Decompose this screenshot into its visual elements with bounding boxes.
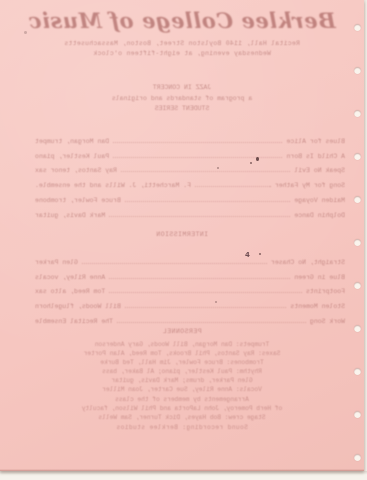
- program-row: Blues for AliceDan Morgan, trumpet: [35, 130, 345, 145]
- program-performer: Ray Santos, tenor sax: [35, 167, 117, 174]
- program-title-block: JAZZ IN CONCERT a program of standards a…: [0, 83, 364, 115]
- program-performer: The Recital Ensemble: [35, 318, 113, 325]
- program-row: FootprintsTom Reed, alto sax: [35, 281, 345, 296]
- program-performer: Bill Woods, flugelhorn: [35, 303, 121, 310]
- program-piece-title: Maiden Voyage: [294, 197, 345, 204]
- personnel-line: Trumpets: Dan Morgan, Bill Woods, Gary A…: [0, 340, 364, 349]
- program-row: Stolen MomentsBill Woods, flugelhorn: [35, 295, 345, 310]
- personnel-line: Glen Parker, drums; Mark Davis, guitar: [0, 376, 364, 385]
- personnel-line: Arrangements by members of the class: [0, 395, 364, 404]
- mirrored-showthrough-layer: Berklee College of Music Recital Hall, 1…: [0, 0, 364, 471]
- date-line: Wednesday evening, at eight-fifteen o'cl…: [0, 50, 364, 57]
- program-performer: Glen Parker: [35, 259, 78, 266]
- program-row: Dolphin DanceMark Davis, guitar: [35, 204, 345, 219]
- program-title-line1: JAZZ IN CONCERT: [0, 83, 364, 94]
- punch-hole: [354, 239, 361, 246]
- punch-hole: [354, 24, 361, 31]
- ink-speck: [250, 162, 252, 164]
- personnel-line: Saxes: Ray Santos, Phil Brooks, Tom Reed…: [0, 349, 364, 358]
- punch-hole: [354, 282, 361, 289]
- program-row: Maiden VoyageBruce Fowler, trombone: [35, 189, 345, 204]
- program-list-part1: Blues for AliceDan Morgan, trumpetA Chil…: [35, 130, 345, 219]
- program-piece-title: Speak No Evil: [294, 167, 345, 174]
- dotted-leader: [113, 142, 282, 143]
- ink-speck: [217, 167, 219, 169]
- program-performer: Anne Riley, vocals: [35, 274, 105, 281]
- program-row: A Child Is BornPaul Kestler, piano: [35, 145, 345, 160]
- punch-hole: [354, 196, 361, 203]
- personnel-line: Vocals: Anne Riley, Sue Carter, Joan Mil…: [0, 385, 364, 394]
- program-piece-title: Work Song: [310, 318, 345, 325]
- punch-hole: [354, 153, 361, 160]
- program-list-part2: Straight, No ChaserGlen ParkerBlue in Gr…: [35, 251, 345, 325]
- program-piece-title: Blues for Alice: [286, 138, 345, 145]
- dotted-leader: [117, 322, 306, 323]
- address-line: Recital Hall, 1140 Boylston Street, Bost…: [0, 40, 364, 47]
- program-performer: Dan Morgan, trumpet: [35, 138, 109, 145]
- personnel-closing-line: Sound recording: Berklee studios: [0, 424, 364, 431]
- program-piece-title: Footprints: [306, 288, 345, 295]
- pen-mark: 4: [245, 251, 250, 259]
- personnel-line: Rhythm: Paul Kestler, piano; Al Baker, b…: [0, 367, 364, 376]
- dotted-leader: [82, 263, 267, 264]
- dotted-leader: [125, 307, 287, 308]
- punch-hole: [354, 110, 361, 117]
- scanned-page: Berklee College of Music Recital Hall, 1…: [0, 0, 367, 480]
- program-performer: Paul Kestler, piano: [35, 153, 109, 160]
- personnel-line: of Herb Pomeroy, John LaPorta and Phil W…: [0, 404, 364, 413]
- program-piece-title: A Child Is Born: [286, 153, 345, 160]
- program-row: Straight, No ChaserGlen Parker: [35, 251, 345, 266]
- program-performer: Tom Reed, alto sax: [35, 288, 105, 295]
- program-row: Song for My FatherF. Marchetti, J. Wills…: [35, 174, 345, 189]
- program-performer: F. Marchetti, J. Wills and the ensemble.: [35, 182, 191, 189]
- personnel-line: Trombones: Bruce Fowler, Jim Hall, Ted B…: [0, 358, 364, 367]
- program-piece-title: Song for My Father: [275, 182, 345, 189]
- program-row: Blue in GreenAnne Riley, vocals: [35, 266, 345, 281]
- personnel-heading: PERSONNEL: [0, 328, 364, 335]
- program-piece-title: Dolphin Dance: [294, 212, 345, 219]
- program-row: Speak No EvilRay Santos, tenor sax: [35, 160, 345, 175]
- program-piece-title: Stolen Moments: [290, 303, 345, 310]
- punch-hole: [354, 325, 361, 332]
- dotted-leader: [109, 216, 290, 217]
- program-piece-title: Straight, No Chaser: [271, 259, 345, 266]
- masthead-script-title: Berklee College of Music: [0, 8, 364, 33]
- punch-hole: [354, 368, 361, 375]
- dotted-leader: [121, 171, 290, 172]
- punch-hole: [354, 67, 361, 74]
- ink-speck: [256, 157, 259, 161]
- dotted-leader: [195, 186, 271, 187]
- program-title-line2: a program of standards and originals: [0, 94, 364, 105]
- pink-program-paper: Berklee College of Music Recital Hall, 1…: [0, 0, 364, 471]
- dotted-leader: [109, 278, 290, 279]
- dotted-leader: [109, 292, 302, 293]
- intermission-heading: INTERMISSION: [0, 231, 364, 238]
- ink-speck: [24, 31, 27, 34]
- program-row: Work SongThe Recital Ensemble: [35, 310, 345, 325]
- program-piece-title: Blue in Green: [294, 274, 345, 281]
- ink-speck: [215, 301, 217, 303]
- ink-speck: [259, 253, 261, 255]
- program-title-line3: STUDENT SERIES: [0, 104, 364, 115]
- punch-hole: [354, 454, 361, 461]
- personnel-line: Stage crew: Bob Hayes, Dick Turner, Sam …: [0, 413, 364, 422]
- punch-hole: [354, 411, 361, 418]
- program-performer: Bruce Fowler, trombone: [35, 197, 121, 204]
- personnel-block: Trumpets: Dan Morgan, Bill Woods, Gary A…: [0, 340, 364, 422]
- dotted-leader: [125, 201, 290, 202]
- program-performer: Mark Davis, guitar: [35, 212, 105, 219]
